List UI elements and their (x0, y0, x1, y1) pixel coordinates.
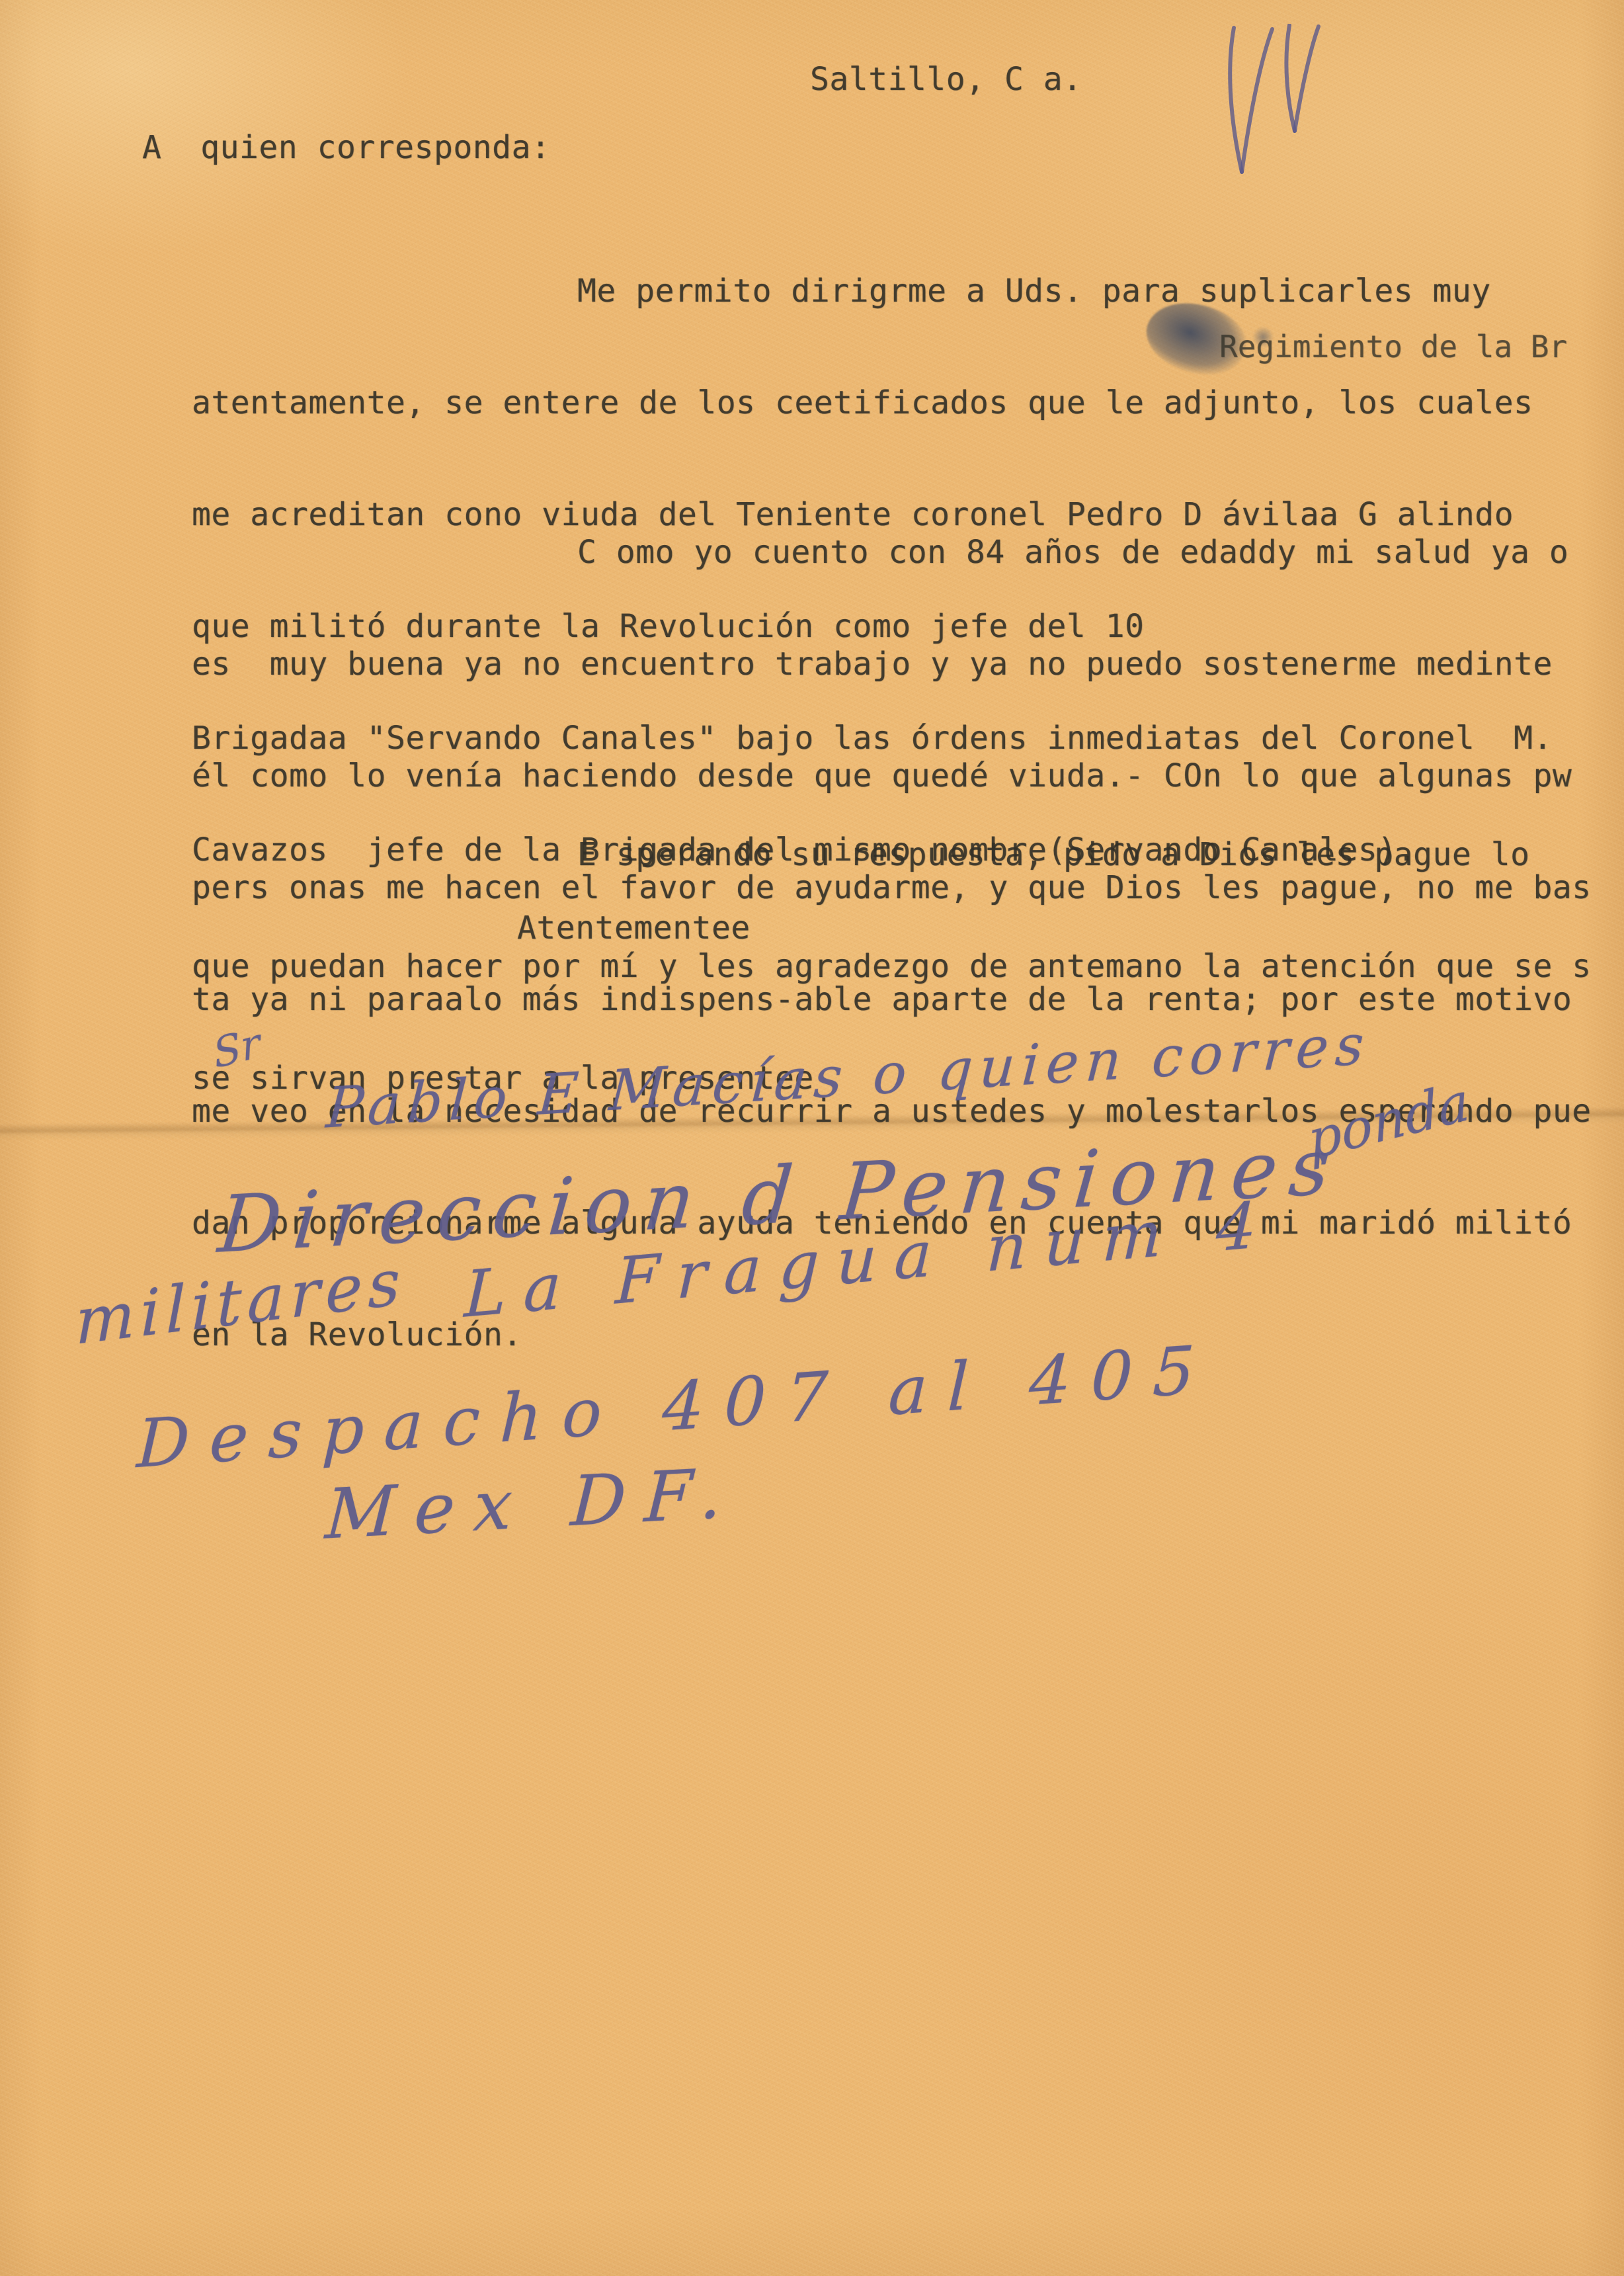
handwritten-check-mark (1211, 24, 1337, 177)
paragraph-1-line: atentamente, se entere de los ceetificad… (192, 384, 1553, 422)
letter-page: Saltillo, C a. A quien corresponda: Me p… (0, 0, 1624, 2276)
paragraph-3-line: que puedan hacer por mí y les agradezgo … (192, 948, 1592, 986)
closing: Atentementee (517, 909, 751, 947)
handwritten-mex-df: Mex DF. (323, 1452, 743, 1554)
paragraph-2-line: es muy buena ya no encuentro trabajo y y… (192, 646, 1592, 683)
paragraph-3-line: E sperando su respuesta, pido a Dios les… (192, 836, 1592, 874)
paragraph-2-line: en la Revolución. (192, 1316, 1592, 1354)
dateline: Saltillo, C a. (810, 61, 1082, 98)
paragraph-1-inserted-line: Regimiento de la Br (1219, 328, 1567, 366)
salutation: A quien corresponda: (142, 129, 550, 166)
paragraph-2-line: C omo yo cuento con 84 años de edaddy mi… (192, 534, 1592, 571)
paragraph-1-line: Me permito dirigrme a Uds. para suplicar… (192, 273, 1553, 310)
